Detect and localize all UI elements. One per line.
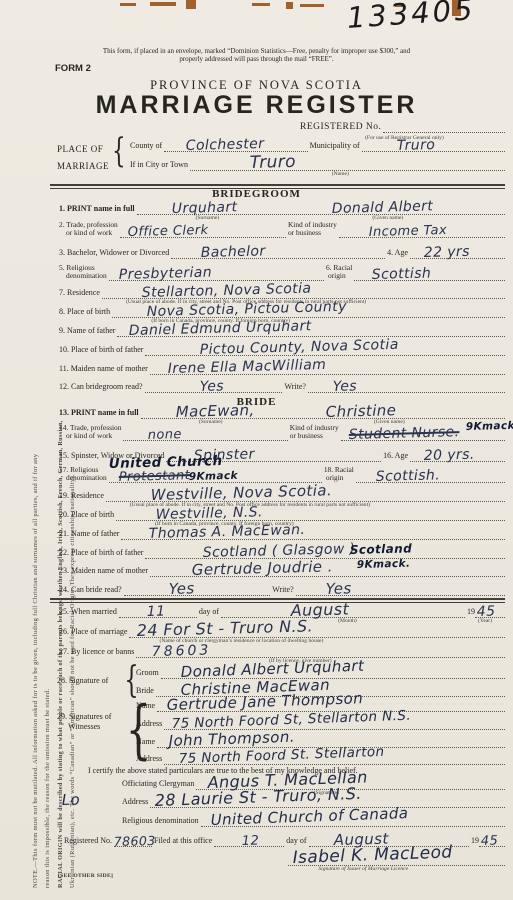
field-bride-father: 21. Name of father Thomas A. MacEwan. xyxy=(57,526,505,540)
when-married-label: 25. When married xyxy=(59,608,117,618)
field-groom-religion: 5. Religiousdenomination Presbyterian 6.… xyxy=(57,267,505,281)
groom-father-birthplace-handwritten: Pictou County, Nova Scotia xyxy=(200,338,399,357)
field-groom-status: 3. Bachelor, Widower or Divorced Bachelo… xyxy=(57,245,505,259)
registered-no-row: REGISTERED No. xyxy=(298,119,505,133)
clergyman-denomination-handwritten: United Church of Canada xyxy=(210,806,408,828)
county-municipality-row: County of Colchester Municipality of Tru… xyxy=(128,138,505,152)
registered-no-line xyxy=(383,132,505,133)
groom-racial-label: 6. Racialorigin xyxy=(326,264,352,281)
groom-trade-handwritten: Office Clerk xyxy=(127,224,208,239)
stray-pen-mark: Lo xyxy=(62,793,81,808)
bride-residence-line: Westville, Nova Scotia. (Usual place of … xyxy=(106,501,505,502)
bride-surname-note: (Surname) xyxy=(199,420,223,426)
filed-year-handwritten: 45 xyxy=(481,835,499,848)
groom-read-handwritten: Yes xyxy=(199,379,223,394)
when-year-line: 45 (Year) xyxy=(475,617,505,618)
bride-read-handwritten: Yes xyxy=(168,581,194,597)
groom-write-line: Yes xyxy=(308,392,505,393)
groom-industry-line: Income Tax xyxy=(339,237,505,238)
groom-name-line: Urquhart Donald Albert (Surname) (Given … xyxy=(137,214,505,215)
field-groom-father: 9. Name of father Daniel Edmund Urquhart xyxy=(57,323,505,337)
marriage-register-document: 133405 NOTE.—This form must not be mutil… xyxy=(0,0,513,900)
groom-status-line: Bachelor xyxy=(171,258,385,259)
groom-father-birthplace-line: Pictou County, Nova Scotia xyxy=(145,355,505,356)
witness1-address-label: Address xyxy=(136,720,162,730)
groom-write-handwritten: Yes xyxy=(333,379,357,394)
stamp-remnant xyxy=(252,3,270,6)
municipality-label: Municipality of xyxy=(310,142,360,152)
groom-given-handwritten: Donald Albert xyxy=(331,199,433,216)
bride-father-birthplace-handwritten: Scotland ( Glasgow ) xyxy=(203,542,356,560)
bride-religion-label: 17. Religiousdenomination xyxy=(59,466,107,483)
registered-no-label: REGISTERED No. xyxy=(300,122,381,133)
officiating-clergyman-label: Officiating Clergyman xyxy=(122,780,194,790)
issuer-signature-note: Signature of Issuer of Marriage Licence xyxy=(318,867,408,873)
witnesses-label: 29. Signatures of Witnesses xyxy=(57,712,111,733)
field-licence: 27. By licence or banns 78603 (If by lic… xyxy=(57,644,505,658)
stamp-remnant xyxy=(150,2,176,6)
groom-status-handwritten: Bachelor xyxy=(201,244,266,260)
groom-write-label: Write? xyxy=(284,383,305,393)
witness1-address-row: Address 75 North Foord St, Stellarton N.… xyxy=(134,716,505,730)
groom-read-line: Yes xyxy=(145,392,283,393)
bride-write-handwritten: Yes xyxy=(325,581,351,597)
city-town-value-handwritten: Truro xyxy=(250,154,297,172)
clergyman-address-label: Address xyxy=(122,798,148,808)
groom-father-label: 9. Name of father xyxy=(59,327,115,337)
day-of-label: day of xyxy=(199,608,219,618)
bride-age-handwritten: 20 yrs. xyxy=(424,448,475,463)
filed-at-office-label: Filed at this office xyxy=(154,837,212,847)
groom-racial-handwritten: Scottish xyxy=(372,266,432,282)
page-title: MARRIAGE REGISTER xyxy=(0,91,513,120)
filed-year-prefix: 19 xyxy=(471,837,479,847)
stamp-remnant xyxy=(300,4,324,7)
margin-note-mutilation-2: reason this is impossible, the reason fo… xyxy=(44,689,51,888)
groom-mother-handwritten: Irene Ella MacWilliam xyxy=(167,358,326,376)
when-year-handwritten: 45 xyxy=(477,605,496,619)
mail-notice-line1: This form, if placed in an envelope, mar… xyxy=(0,47,513,55)
mail-notice: This form, if placed in an envelope, mar… xyxy=(0,47,513,63)
bride-mother-label: 23. Maiden name of mother xyxy=(59,567,148,577)
stamp-remnant xyxy=(120,3,136,6)
bride-father-line: Thomas A. MacEwan. xyxy=(121,539,505,540)
witness2-address-label: Address xyxy=(136,755,162,765)
stamp-remnant xyxy=(186,0,196,9)
groom-industry-label: Kind of industryor business xyxy=(288,221,337,238)
bride-write-label: Write? xyxy=(272,586,293,596)
field-groom-read-write: 12. Can bridegroom read? Yes Write? Yes xyxy=(57,379,505,393)
bride-industry-correction-initials: 9Kmack xyxy=(465,420,513,432)
bride-write-line: Yes xyxy=(296,595,505,596)
city-town-line: Truro (Name) xyxy=(190,170,505,171)
groom-residence-handwritten: Stellarton, Nova Scotia xyxy=(142,282,312,300)
field-when-married: 25. When married 11 day of August (Month… xyxy=(57,604,505,618)
field-bride-father-birthplace: 22. Place of birth of father Scotland ( … xyxy=(57,545,505,559)
bride-residence-label: 19. Residence xyxy=(59,492,104,502)
groom-religion-handwritten: Presbyterian xyxy=(118,266,212,282)
groom-mother-line: Irene Ella MacWilliam xyxy=(150,374,505,375)
groom-trade-label: 2. Trade, professionor kind of work xyxy=(59,221,118,238)
filed-day-line: 12 xyxy=(214,846,284,847)
place-of-marriage-line: 24 For St - Truro N.S. (Name of church o… xyxy=(129,637,505,638)
bridegroom-section-title: BRIDEGROOM xyxy=(0,188,513,200)
form-label: FORM 2 xyxy=(55,63,91,74)
name-note: (Name) xyxy=(332,172,349,178)
bride-religion-correction-initials: 9Kmack xyxy=(188,470,237,482)
municipality-line: Truro xyxy=(362,151,505,152)
bride-mother-line: Gertrude Joudrie . xyxy=(150,576,505,577)
filing-registered-label: Registered No. xyxy=(64,837,112,847)
groom-father-birthplace-label: 10. Place of birth of father xyxy=(59,346,143,356)
field-groom-residence: 7. Residence Stellarton, Nova Scotia (Us… xyxy=(57,285,505,299)
county-label: County of xyxy=(130,142,162,152)
field-bride-name: 13. PRINT name in full MacEwan, Christin… xyxy=(57,405,505,419)
surname-note: (Surname) xyxy=(196,216,220,222)
groom-name-label: 1. PRINT name in full xyxy=(59,205,135,215)
year-prefix: 19 xyxy=(467,608,475,618)
bride-industry-label: Kind of industryor business xyxy=(290,424,339,441)
issuer-signature-handwritten: Isabel K. MacLeod xyxy=(292,844,452,867)
licence-number-handwritten: 78603 xyxy=(152,643,212,659)
groom-signature-label: Groom xyxy=(136,669,159,679)
bride-father-handwritten: Thomas A. MacEwan. xyxy=(149,523,306,541)
witness2-address-line: 75 North Foord St. Stellarton xyxy=(164,764,505,765)
municipality-value-handwritten: Truro xyxy=(396,138,435,153)
bride-father-label: 21. Name of father xyxy=(59,530,119,540)
mail-notice-line2: properly addressed will pass through the… xyxy=(0,55,513,63)
groom-age-line: 22 yrs xyxy=(410,258,505,259)
place-of-marriage-label: PLACE OF MARRIAGE xyxy=(57,141,109,175)
groom-age-handwritten: 22 yrs xyxy=(424,245,470,260)
bride-industry-line: Student Nurse. 9Kmack xyxy=(341,440,505,441)
clergyman-denomination-line: United Church of Canada xyxy=(201,826,505,827)
filing-registered-handwritten: 78603 xyxy=(114,834,156,848)
bride-racial-line: Scottish. xyxy=(356,482,505,483)
groom-residence-line: Stellarton, Nova Scotia (Usual place of … xyxy=(102,298,505,299)
groom-religion-label: 5. Religiousdenomination xyxy=(59,264,107,281)
bride-name-label: 13. PRINT name in full xyxy=(59,409,139,419)
bride-father-birthplace-correction: Scotland xyxy=(350,542,413,556)
filing-registered-line: 78603 xyxy=(114,846,152,847)
groom-industry-handwritten: Income Tax xyxy=(368,224,447,239)
filed-year-line: 45 xyxy=(479,846,505,847)
groom-surname-handwritten: Urquhart xyxy=(171,200,237,216)
bride-read-line: Yes xyxy=(124,595,271,596)
stamp-remnant xyxy=(286,2,293,9)
field-place-of-marriage: 26. Place of marriage 24 For St - Truro … xyxy=(57,624,505,638)
bride-name-line: MacEwan, Christine (Surname) (Given name… xyxy=(141,418,505,419)
bride-birthplace-label: 20. Place of birth xyxy=(59,511,114,521)
bride-trade-line: none xyxy=(123,440,287,441)
bride-birthplace-handwritten: Westville, N.S. xyxy=(156,505,263,522)
when-day-handwritten: 11 xyxy=(146,605,165,619)
place-of-marriage-row-label: 26. Place of marriage xyxy=(59,628,127,638)
bride-surname-handwritten: MacEwan, xyxy=(175,403,254,420)
bride-industry-handwritten-struck: Student Nurse. xyxy=(348,425,459,442)
bride-read-label: 24. Can bride read? xyxy=(59,586,122,596)
bride-residence-handwritten: Westville, Nova Scotia. xyxy=(150,483,332,503)
bride-age-label: 16. Age xyxy=(383,452,408,462)
field-groom-name: 1. PRINT name in full Urquhart Donald Al… xyxy=(57,201,505,215)
signature-of-label: 28. Signature of xyxy=(57,676,108,685)
issuer-signature-row: Isabel K. MacLeod Signature of Issuer of… xyxy=(288,852,505,866)
witness2-name-label: Name xyxy=(136,738,155,748)
clergyman-address-row: Address 28 Laurie St - Truro, N.S. xyxy=(120,794,505,808)
field-groom-trade: 2. Trade, professionor kind of work Offi… xyxy=(57,224,505,238)
section-divider xyxy=(50,598,505,603)
clergyman-address-handwritten: 28 Laurie St - Truro, N.S. xyxy=(155,786,363,809)
clergyman-denomination-row: Religious denomination United Church of … xyxy=(120,813,505,827)
field-bride-mother: 23. Maiden name of mother Gertrude Joudr… xyxy=(57,563,505,577)
witness2-address-row: Address 75 North Foord St. Stellarton xyxy=(134,751,505,765)
county-value-handwritten: Colchester xyxy=(186,137,265,153)
filed-day-handwritten: 12 xyxy=(242,835,260,848)
groom-father-handwritten: Daniel Edmund Urquhart xyxy=(129,319,312,338)
place-of-marriage-handwritten: 24 For St - Truro N.S. xyxy=(137,618,314,639)
groom-father-line: Daniel Edmund Urquhart xyxy=(117,336,505,337)
field-bride-trade: 14. Trade, professionor kind of work non… xyxy=(57,427,505,441)
groom-birthplace-handwritten: Nova Scotia, Pictou County xyxy=(147,300,347,319)
groom-trade-line: Office Clerk xyxy=(120,237,286,238)
bride-trade-label: 14. Trade, professionor kind of work xyxy=(59,424,121,441)
clergyman-denomination-label: Religious denomination xyxy=(122,817,199,827)
place-brace: { xyxy=(112,134,125,168)
field-bride-residence: 19. Residence Westville, Nova Scotia. (U… xyxy=(57,488,505,502)
city-town-label: If in City or Town xyxy=(130,161,188,171)
licence-label: 27. By licence or banns xyxy=(59,648,134,658)
filed-day-of-label: day of xyxy=(286,837,306,847)
see-other-side-note: [SEE OTHER SIDE] xyxy=(58,873,113,879)
city-town-row: If in City or Town Truro (Name) xyxy=(128,157,505,171)
bride-given-handwritten: Christine xyxy=(325,403,396,420)
given-name-note: (Given name) xyxy=(372,216,403,222)
when-day-line: 11 xyxy=(119,617,197,618)
field-groom-mother: 11. Maiden name of mother Irene Ella Mac… xyxy=(57,361,505,375)
bride-birthplace-line: Westville, N.S. (If born in Canada, prov… xyxy=(116,520,505,521)
margin-note-mutilation-1: NOTE.—This form must not be mutilated. A… xyxy=(32,454,39,888)
document-number-handwritten: 133405 xyxy=(346,0,476,33)
witness2-name-handwritten: John Thompson. xyxy=(169,730,296,749)
issuer-signature-line: Isabel K. MacLeod Signature of Issuer of… xyxy=(288,865,505,866)
groom-status-label: 3. Bachelor, Widower or Divorced xyxy=(59,249,169,259)
groom-racial-line: Scottish xyxy=(354,280,505,281)
bride-religion-handwritten-struck: Protestant xyxy=(118,469,190,484)
field-bride-read-write: 24. Can bride read? Yes Write? Yes xyxy=(57,582,505,596)
bride-mother-handwritten: Gertrude Joudrie . xyxy=(192,559,333,578)
groom-age-label: 4. Age xyxy=(387,249,408,259)
field-groom-birthplace: 8. Place of birth Nova Scotia, Pictou Co… xyxy=(57,304,505,318)
witness1-name-label: Name xyxy=(136,702,155,712)
groom-signature-line: Donald Albert Urquhart xyxy=(161,678,505,679)
field-bride-religion: 17. Religiousdenomination United Church … xyxy=(57,469,505,483)
bride-trade-handwritten: none xyxy=(148,428,182,442)
groom-mother-label: 11. Maiden name of mother xyxy=(59,365,148,375)
groom-read-label: 12. Can bridegroom read? xyxy=(59,383,143,393)
bride-father-birthplace-label: 22. Place of birth of father xyxy=(59,549,143,559)
groom-birthplace-label: 8. Place of birth xyxy=(59,308,110,318)
bride-racial-handwritten: Scottish. xyxy=(375,468,440,484)
field-bride-birthplace: 20. Place of birth Westville, N.S. (If b… xyxy=(57,507,505,521)
field-groom-father-birthplace: 10. Place of birth of father Pictou Coun… xyxy=(57,342,505,356)
bride-age-line: 20 yrs. xyxy=(410,461,505,462)
groom-residence-label: 7. Residence xyxy=(59,289,100,299)
